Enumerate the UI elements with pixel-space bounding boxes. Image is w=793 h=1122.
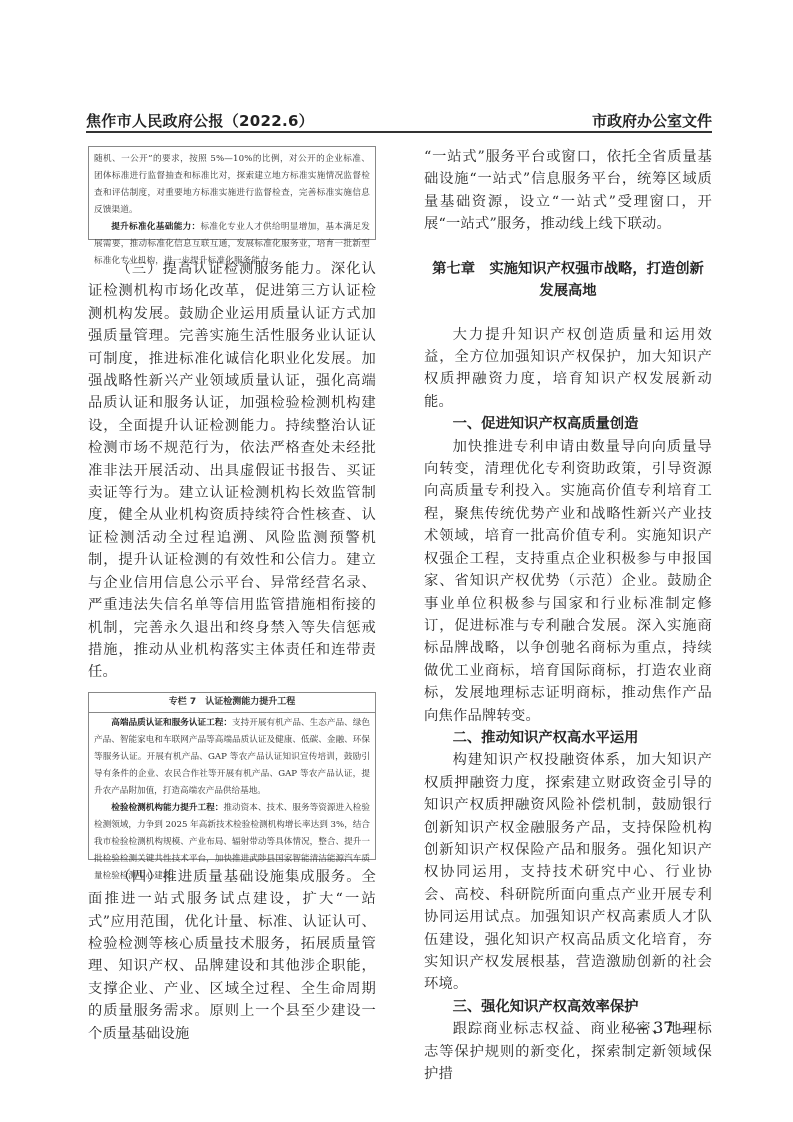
section-heading: 二、推动知识产权高水平运用 bbox=[424, 727, 712, 749]
column-7-box: 专栏 7 认证检测能力提升工程 高端品质认证和服务认证工程：支持开展有机产品、生… bbox=[88, 692, 376, 860]
chapter-title-line-2: 发展高地 bbox=[424, 280, 712, 302]
section-2: 二、推动知识产权高水平运用 构建知识产权投融资体系，加大知识产权质押融资力度，探… bbox=[424, 727, 712, 996]
document-section-label: 市政府办公室文件 bbox=[592, 110, 712, 131]
section-heading: 一、促进知识产权高质量创造 bbox=[424, 413, 712, 435]
right-column: “一站式”服务平台或窗口，依托全省质量基础设施“一站式”信息服务平台，统筹区域质… bbox=[424, 146, 712, 1085]
header-divider bbox=[86, 131, 712, 133]
paragraph-quality-infrastructure: （四）推进质量基础设施集成服务。全面推进一站式服务试点建设，扩大“一站式”应用范… bbox=[88, 866, 376, 1045]
chapter-title-line-1: 第七章 实施知识产权强市战略，打造创新 bbox=[424, 258, 712, 280]
chapter-intro: 大力提升知识产权创造质量和运用效益，全方位加强知识产权保护，加大知识产权质押融资… bbox=[424, 324, 712, 414]
box1-text: 随机、一公开”的要求，按照 5%—10%的比例，对公开的企业标准、团体标准进行监… bbox=[94, 151, 370, 219]
column-7-item-1: 高端品质认证和服务认证工程：支持开展有机产品、生态产品、绿色产品、智能家电和车联… bbox=[94, 715, 370, 800]
column-7-item-2-label: 检验检测机构能力提升工程： bbox=[111, 803, 223, 813]
column-7-item-1-text: 支持开展有机产品、生态产品、绿色产品、智能家电和车联网产品等高端品质认证及健康、… bbox=[94, 718, 370, 796]
column-7-item-1-label: 高端品质认证和服务认证工程： bbox=[111, 718, 232, 728]
column-7-body: 高端品质认证和服务认证工程：支持开展有机产品、生态产品、绿色产品、智能家电和车联… bbox=[89, 713, 375, 885]
section-body: 加快推进专利申请由数量导向向质量导向转变，清理优化专利资助政策，引导资源向高质量… bbox=[424, 436, 712, 727]
box1-item-label: 提升标准化基础能力： bbox=[111, 222, 200, 232]
section-heading: 三、强化知识产权高效率保护 bbox=[424, 996, 712, 1018]
chapter-title: 第七章 实施知识产权强市战略，打造创新 发展高地 bbox=[424, 258, 712, 302]
paragraph-certification-testing: （三）提高认证检测服务能力。深化认证检测机构市场化改革，促进第三方认证检测机构发… bbox=[88, 258, 376, 684]
section-3: 三、强化知识产权高效率保护 跟踪商业标志权益、商业秘密、地理标志等保护规则的新变… bbox=[424, 996, 712, 1086]
paragraph-continued: “一站式”服务平台或窗口，依托全省质量基础设施“一站式”信息服务平台，统筹区域质… bbox=[424, 146, 712, 236]
standardization-sidebar-box: 随机、一公开”的要求，按照 5%—10%的比例，对公开的企业标准、团体标准进行监… bbox=[88, 146, 376, 240]
page-number: — 37 — bbox=[632, 1018, 695, 1037]
column-7-title: 专栏 7 认证检测能力提升工程 bbox=[89, 693, 375, 713]
left-column: 随机、一公开”的要求，按照 5%—10%的比例，对公开的企业标准、团体标准进行监… bbox=[88, 146, 376, 1045]
section-1: 一、促进知识产权高质量创造 加快推进专利申请由数量导向向质量导向转变，清理优化专… bbox=[424, 413, 712, 727]
section-body: 构建知识产权投融资体系，加大知识产权质押融资力度，探索建立财政资金引导的知识产权… bbox=[424, 749, 712, 995]
publication-title: 焦作市人民政府公报（2022.6） bbox=[86, 110, 314, 131]
